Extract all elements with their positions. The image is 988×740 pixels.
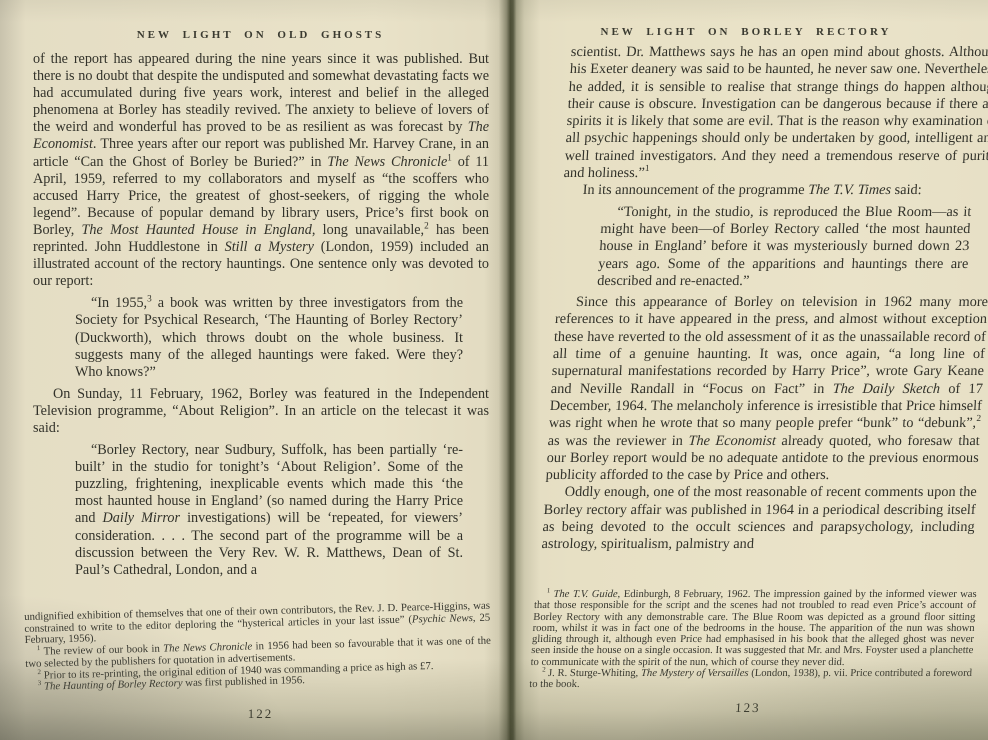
right-page-footnotes: 1 The T.V. Guide, Edinburgh, 8 February,…	[529, 589, 977, 691]
left-page-footnotes: undignified exhibition of themselves tha…	[24, 601, 492, 694]
left-page-number: 122	[33, 706, 488, 722]
open-book-scan: NEW LIGHT ON OLD GHOSTS of the report ha…	[0, 0, 988, 740]
right-page-body: scientist. Dr. Matthews says he has an o…	[541, 44, 988, 554]
left-page-paragraph: “In 1955,3 a book was written by three i…	[75, 295, 463, 380]
right-page-number: 123	[531, 700, 964, 716]
left-page-paragraph: “Borley Rectory, near Sudbury, Suffolk, …	[75, 442, 463, 579]
book-gutter-shadow	[484, 0, 540, 740]
left-page-body: of the report has appeared during the ni…	[33, 51, 489, 584]
right-page-paragraph: Oddly enough, one of the most reasonable…	[541, 484, 977, 553]
right-page-footnote: 1 The T.V. Guide, Edinburgh, 8 February,…	[530, 589, 977, 668]
left-running-header: NEW LIGHT ON OLD GHOSTS	[33, 29, 488, 41]
right-page-paragraph: scientist. Dr. Matthews says he has an o…	[563, 44, 988, 182]
left-page-paragraph: of the report has appeared during the ni…	[33, 51, 489, 290]
right-page-paragraph: Since this appearance of Borley on telev…	[545, 294, 988, 484]
right-page-content: scientist. Dr. Matthews says he has an o…	[528, 0, 988, 740]
left-page-paragraph: On Sunday, 11 February, 1962, Borley was…	[33, 386, 489, 437]
right-page-paragraph: In its announcement of the programme The…	[562, 182, 988, 199]
right-page-paragraph: “Tonight, in the studio, is reproduced t…	[597, 204, 972, 290]
right-page-footnote: 2 J. R. Sturge-Whiting, The Mystery of V…	[529, 668, 972, 691]
